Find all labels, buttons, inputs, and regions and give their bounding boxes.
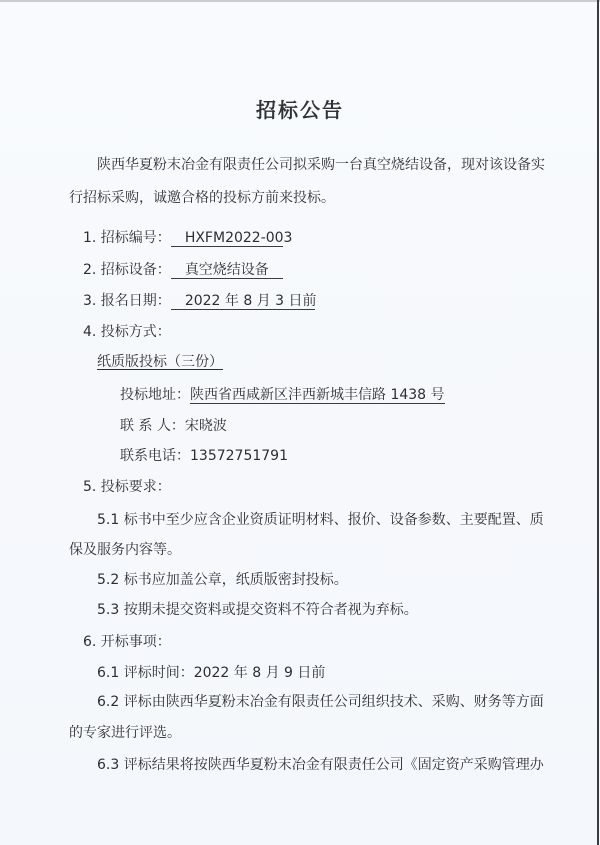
item-bid-number: 1. 招标编号：HXFM2022-003 <box>83 229 283 247</box>
contact-label: 联 系 人： <box>120 418 185 434</box>
opening-6-2-line-2: 的专家进行评选。 <box>69 724 181 742</box>
document-title: 招标公告 <box>0 94 600 123</box>
contact-phone: 联系电话：13572751791 <box>120 447 288 465</box>
item-bid-equipment: 2. 招标设备：真空烧结设备 <box>83 261 283 279</box>
address-value: 陕西省西咸新区沣西新城丰信路 1438 号 <box>190 387 445 404</box>
requirements-heading: 5. 投标要求： <box>83 478 171 496</box>
item-label: 1. 招标编号： <box>83 230 171 246</box>
address-label: 投标地址： <box>120 387 190 403</box>
intro-line-1: 陕西华夏粉末冶金有限责任公司拟采购一台真空烧结设备，现对该设备实 <box>97 156 545 174</box>
requirement-5-1-line-2: 保及服务内容等。 <box>69 541 181 559</box>
opening-heading: 6. 开标事项： <box>83 633 171 651</box>
document-page: 招标公告 陕西华夏粉末冶金有限责任公司拟采购一台真空烧结设备，现对该设备实 行招… <box>0 0 600 845</box>
item-registration-date: 3. 报名日期：2022 年 8 月 3 日前 <box>83 292 315 310</box>
bid-number-value: HXFM2022-003 <box>171 230 283 247</box>
item-label: 2. 招标设备： <box>83 262 171 278</box>
contact-person: 联 系 人：宋晓波 <box>120 417 227 435</box>
phone-value: 13572751791 <box>190 448 288 464</box>
bid-equipment-value: 真空烧结设备 <box>171 262 283 279</box>
requirement-5-2: 5.2 标书应加盖公章，纸质版密封投标。 <box>97 571 348 589</box>
opening-6-1: 6.1 评标时间：2022 年 8 月 9 日前 <box>97 664 325 682</box>
registration-date-value: 2022 年 8 月 3 日前 <box>171 293 315 310</box>
requirement-5-3: 5.3 按期未提交资料或提交资料不符合者视为弃标。 <box>97 601 418 619</box>
opening-6-2-line-1: 6.2 评标由陕西华夏粉末冶金有限责任公司组织技术、采购、财务等方面 <box>97 693 544 711</box>
bid-address: 投标地址：陕西省西咸新区沣西新城丰信路 1438 号 <box>120 386 445 404</box>
requirement-5-1-line-1: 5.1 标书中至少应含企业资质证明材料、报价、设备参数、主要配置、质 <box>97 511 544 529</box>
contact-value: 宋晓波 <box>185 418 227 434</box>
opening-6-3-line-1: 6.3 评标结果将按陕西华夏粉末冶金有限责任公司《固定资产采购管理办 <box>97 756 544 774</box>
intro-line-2: 行招标采购，诚邀合格的投标方前来投标。 <box>69 189 335 207</box>
scan-right-edge <box>597 0 599 845</box>
item-label: 3. 报名日期： <box>83 293 171 309</box>
item-bid-method: 4. 投标方式： <box>83 323 171 341</box>
bid-method-type: 纸质版投标（三份） <box>97 353 223 371</box>
scan-top-edge <box>0 0 600 2</box>
phone-label: 联系电话： <box>120 448 190 464</box>
